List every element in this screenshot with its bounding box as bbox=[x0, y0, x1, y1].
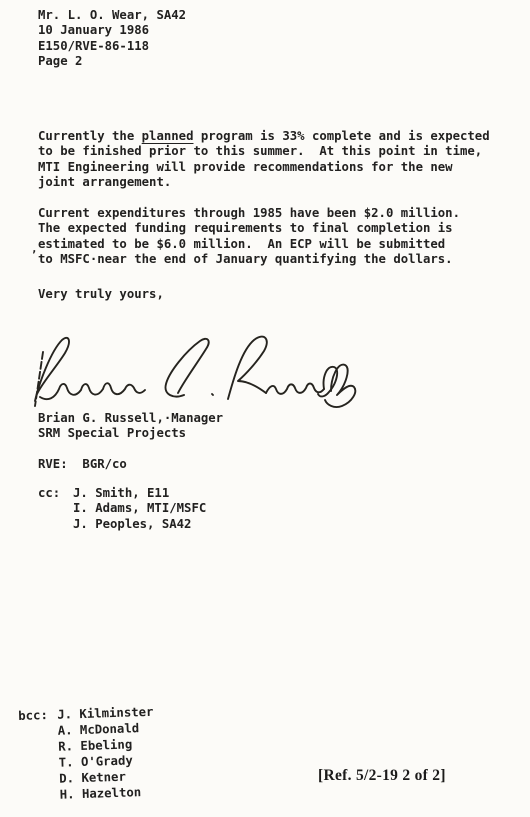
para2-line4: to MSFC·near the end of January quantify… bbox=[38, 252, 460, 267]
bcc-block: bcc: J. Kilminster A. McDonald R. Ebelin… bbox=[18, 704, 156, 805]
complimentary-closing: Very truly yours, bbox=[38, 287, 164, 302]
bcc-recipient: J. Kilminster bbox=[57, 704, 154, 723]
bcc-list: J. Kilminster A. McDonald R. Ebeling T. … bbox=[57, 704, 156, 804]
scanned-letter-page: Mr. L. O. Wear, SA42 10 January 1986 E15… bbox=[0, 0, 530, 817]
recipient-line: Mr. L. O. Wear, SA42 bbox=[38, 8, 186, 23]
bcc-recipient: H. Hazelton bbox=[60, 784, 157, 803]
para2-line3-text: estimated to be $6.0 million. An ECP wil… bbox=[38, 237, 445, 251]
para1-underlined-word: planned bbox=[142, 129, 194, 143]
cc-label: cc: bbox=[38, 486, 73, 532]
typist-reference-line: RVE: BGR/co bbox=[38, 457, 127, 472]
signature-ussell-humps bbox=[266, 384, 324, 394]
date-line: 10 January 1986 bbox=[38, 23, 186, 38]
cc-block: cc: J. Smith, E11 I. Adams, MTI/MSFC J. … bbox=[38, 486, 206, 532]
para2-line1: Current expenditures through 1985 have b… bbox=[38, 206, 460, 221]
para2-line3: ‚estimated to be $6.0 million. An ECP wi… bbox=[38, 237, 460, 252]
signature-g-flourish bbox=[165, 339, 208, 397]
bcc-label: bcc: bbox=[18, 707, 60, 805]
letter-header: Mr. L. O. Wear, SA42 10 January 1986 E15… bbox=[38, 8, 186, 70]
para2-line2: The expected funding requirements to fin… bbox=[38, 221, 460, 236]
signature-r-letter bbox=[228, 337, 267, 399]
cc-recipient: J. Peoples, SA42 bbox=[73, 517, 206, 532]
signer-name-title: Brian G. Russell,·Manager bbox=[38, 411, 223, 426]
signature-l-loop-2-tail bbox=[325, 365, 355, 407]
typed-signature-block: Brian G. Russell,·Manager SRM Special Pr… bbox=[38, 411, 223, 442]
signer-department: SRM Special Projects bbox=[38, 426, 223, 441]
cc-recipient: I. Adams, MTI/MSFC bbox=[73, 501, 206, 516]
signature-period-dot bbox=[212, 394, 213, 395]
stray-ink-mark: ‚ bbox=[31, 241, 38, 256]
para1-line1-suffix: program is 33% complete and is expected bbox=[193, 129, 489, 143]
reference-number-line: E150/RVE-86-118 bbox=[38, 39, 186, 54]
page-number-line: Page 2 bbox=[38, 54, 186, 69]
paragraph-expenditures: Current expenditures through 1985 have b… bbox=[38, 206, 460, 268]
para1-line1-prefix: Currently the bbox=[38, 129, 142, 143]
cc-list: J. Smith, E11 I. Adams, MTI/MSFC J. Peop… bbox=[73, 486, 206, 532]
para1-line2: to be finished prior to this summer. At … bbox=[38, 144, 490, 159]
handwritten-signature bbox=[28, 331, 358, 417]
signature-rian-humps bbox=[40, 383, 145, 399]
cc-recipient: J. Smith, E11 bbox=[73, 486, 206, 501]
reference-stamp: [Ref. 5/2-19 2 of 2] bbox=[318, 767, 446, 785]
para1-line3: MTI Engineering will provide recommendat… bbox=[38, 160, 490, 175]
para1-line4: joint arrangement. bbox=[38, 175, 490, 190]
para1-line1: Currently the planned program is 33% com… bbox=[38, 129, 490, 144]
paragraph-program-status: Currently the planned program is 33% com… bbox=[38, 129, 490, 191]
